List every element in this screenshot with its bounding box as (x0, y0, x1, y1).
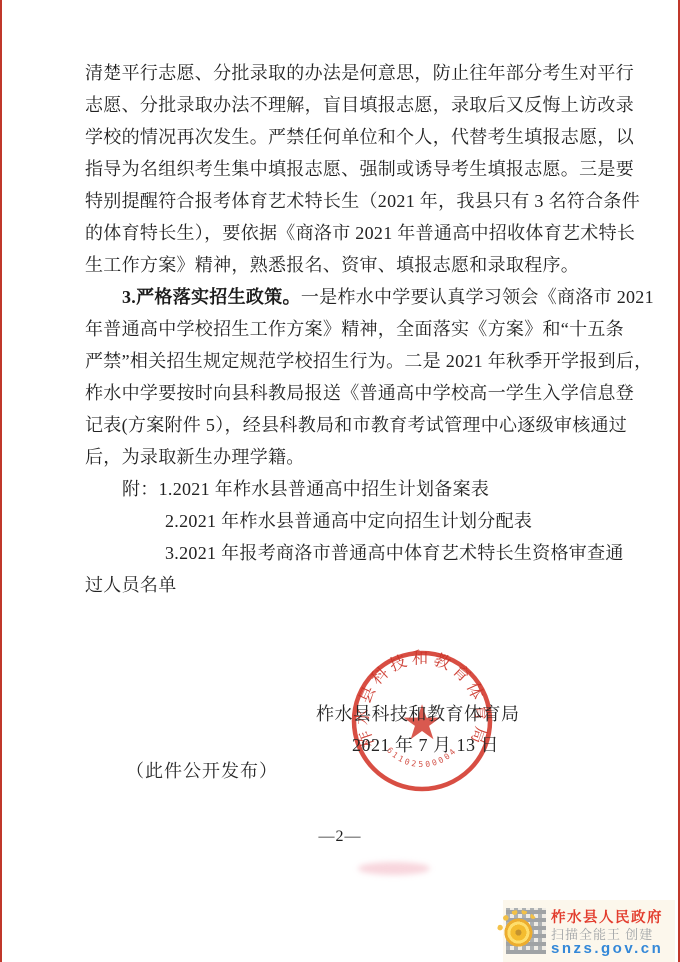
body-text: 清楚平行志愿、分批录取的办法是何意思，防止往年部分考生对平行 志愿、分批录取办法… (85, 57, 599, 601)
agency-signature: 柞水县科技和教育体育局 (316, 700, 520, 726)
bold-lead: 3.严格落实招生政策。 (122, 287, 301, 307)
sun-icon (504, 917, 534, 947)
attachment-label: 附： (122, 479, 159, 499)
document-page: { "page": { "number": "—2—", "edge_color… (0, 0, 680, 962)
paragraph-line: 清楚平行志愿、分批录取的办法是何意思，防止往年部分考生对平行 (85, 57, 599, 89)
scanner-watermark: 扫描全能王 创建 (551, 924, 663, 943)
scan-smudge (358, 862, 430, 875)
paragraph-line: 生工作方案》精神，熟悉报名、资审、填报志愿和录取程序。 (85, 249, 599, 281)
paragraph-line: 年普通高中学校招生工作方案》精神，全面落实《方案》和“十五条 (85, 313, 599, 345)
paragraph-line: 记表(方案附件 5），经县科教局和市教育考试管理中心逐级审核通过 (85, 409, 599, 441)
left-edge-line (0, 0, 2, 962)
paragraph-line: 柞水中学要按时向县科教局报送《普通高中学校高一学生入学信息登 (85, 377, 599, 409)
paragraph-line: 指导为名组织考生集中填报志愿、强制或诱导考生填报志愿。三是要 (85, 153, 599, 185)
attachment-line: 附：1.2021 年柞水县普通高中招生计划备案表 (85, 473, 599, 505)
attachment-line: 3.2021 年报考商洛市普通高中体育艺术特长生资格审查通 (85, 537, 599, 569)
paragraph-line: 志愿、分批录取办法不理解，盲目填报志愿，录取后又反悔上访改录 (85, 89, 599, 121)
attachment-line: 过人员名单 (85, 569, 599, 601)
paragraph-line: 的体育特长生），要依据《商洛市 2021 年普通高中招收体育艺术特长 (85, 217, 599, 249)
public-release-note: （此件公开发布） (126, 757, 278, 783)
paragraph-line: 3.严格落实招生政策。一是柞水中学要认真学习领会《商洛市 2021 (85, 281, 599, 313)
paragraph-text: 一是柞水中学要认真学习领会《商洛市 2021 (301, 287, 654, 307)
paragraph-line: 特别提醒符合报考体育艺术特长生（2021 年，我县只有 3 名符合条件 (85, 185, 599, 217)
footer-logo: 柞水县人民政府 扫描全能王 创建 snzs.gov.cn (503, 900, 675, 962)
attachment-item: 1.2021 年柞水县普通高中招生计划备案表 (159, 479, 490, 499)
signature-date: 2021 年 7 月 13 日 (352, 731, 499, 757)
footer-logo-text: 柞水县人民政府 扫描全能王 创建 snzs.gov.cn (551, 906, 663, 957)
attachment-line: 2.2021 年柞水县普通高中定向招生计划分配表 (85, 505, 599, 537)
page-number: —2— (0, 828, 680, 846)
qr-code (506, 908, 546, 954)
paragraph-line: 严禁”相关招生规定规范学校招生行为。二是 2021 年秋季开学报到后， (85, 345, 599, 377)
paragraph-line: 后，为录取新生办理学籍。 (85, 441, 599, 473)
paragraph-line: 学校的情况再次发生。严禁任何单位和个人，代替考生填报志愿，以 (85, 121, 599, 153)
